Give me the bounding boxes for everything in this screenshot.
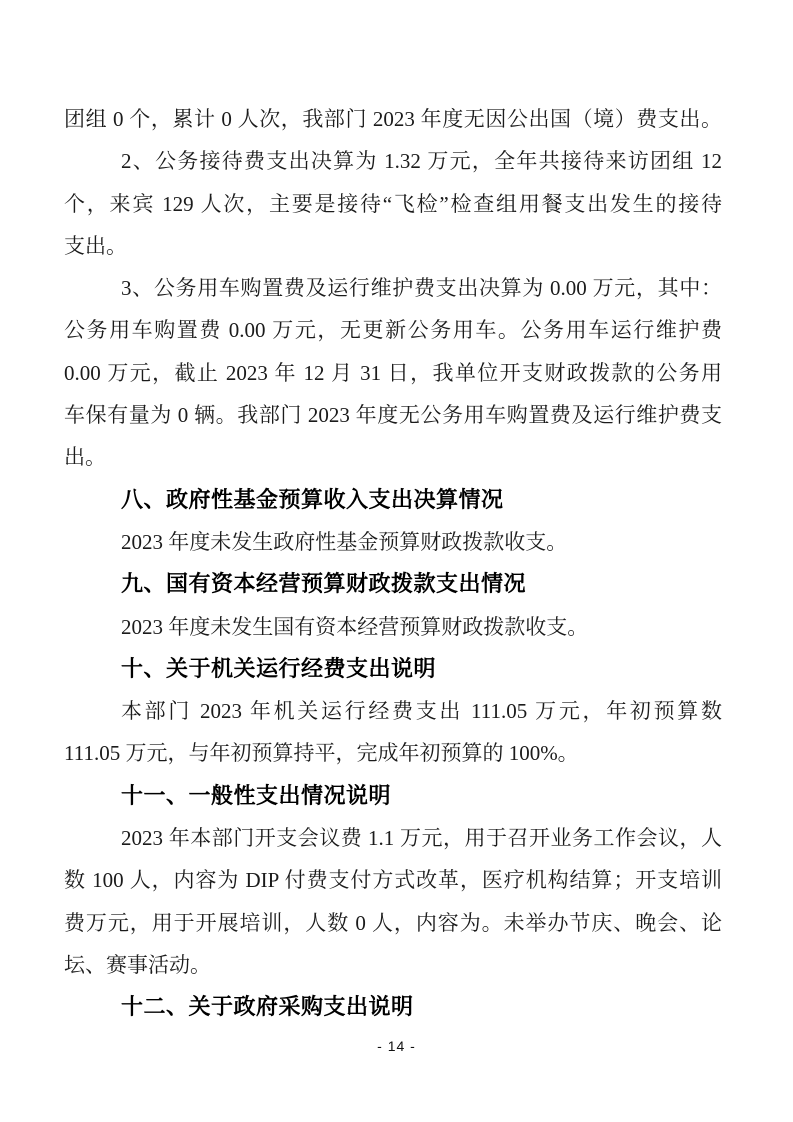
text-line: 2、公务接待费支出决算为 1.32 万元，全年共接待来访团组 12 xyxy=(64,140,722,182)
text-line: 个，来宾 129 人次，主要是接待“飞检”检查组用餐支出发生的接待 xyxy=(64,183,722,225)
text-line: 团组 0 个，累计 0 人次，我部门 2023 年度无因公出国（境）费支出。 xyxy=(64,98,722,140)
text-line: 费万元，用于开展培训，人数 0 人，内容为。未举办节庆、晚会、论 xyxy=(64,902,722,944)
text-line: 公务用车购置费 0.00 万元，无更新公务用车。公务用车运行维护费 xyxy=(64,309,722,351)
text-line: 坛、赛事活动。 xyxy=(64,944,722,986)
section-heading: 十一、一般性支出情况说明 xyxy=(64,775,722,817)
section-heading: 十二、关于政府采购支出说明 xyxy=(64,986,722,1028)
text-line: 2023 年度未发生政府性基金预算财政拨款收支。 xyxy=(64,521,722,563)
text-line: 111.05 万元，与年初预算持平，完成年初预算的 100%。 xyxy=(64,732,722,774)
text-line: 0.00 万元，截止 2023 年 12 月 31 日，我单位开支财政拨款的公务… xyxy=(64,352,722,394)
document-page: 团组 0 个，累计 0 人次，我部门 2023 年度无因公出国（境）费支出。2、… xyxy=(0,0,793,1122)
text-line: 支出。 xyxy=(64,225,722,267)
document-body: 团组 0 个，累计 0 人次，我部门 2023 年度无因公出国（境）费支出。2、… xyxy=(64,98,722,1029)
text-line: 2023 年度未发生国有资本经营预算财政拨款收支。 xyxy=(64,606,722,648)
text-line: 3、公务用车购置费及运行维护费支出决算为 0.00 万元，其中： xyxy=(64,267,722,309)
text-line: 本部门 2023 年机关运行经费支出 111.05 万元，年初预算数 xyxy=(64,690,722,732)
section-heading: 九、国有资本经营预算财政拨款支出情况 xyxy=(64,563,722,605)
text-line: 出。 xyxy=(64,436,722,478)
text-line: 数 100 人，内容为 DIP 付费支付方式改革，医疗机构结算；开支培训 xyxy=(64,859,722,901)
text-line: 2023 年本部门开支会议费 1.1 万元，用于召开业务工作会议，人 xyxy=(64,817,722,859)
page-number: - 14 - xyxy=(0,1038,793,1054)
section-heading: 十、关于机关运行经费支出说明 xyxy=(64,648,722,690)
section-heading: 八、政府性基金预算收入支出决算情况 xyxy=(64,479,722,521)
text-line: 车保有量为 0 辆。我部门 2023 年度无公务用车购置费及运行维护费支 xyxy=(64,394,722,436)
